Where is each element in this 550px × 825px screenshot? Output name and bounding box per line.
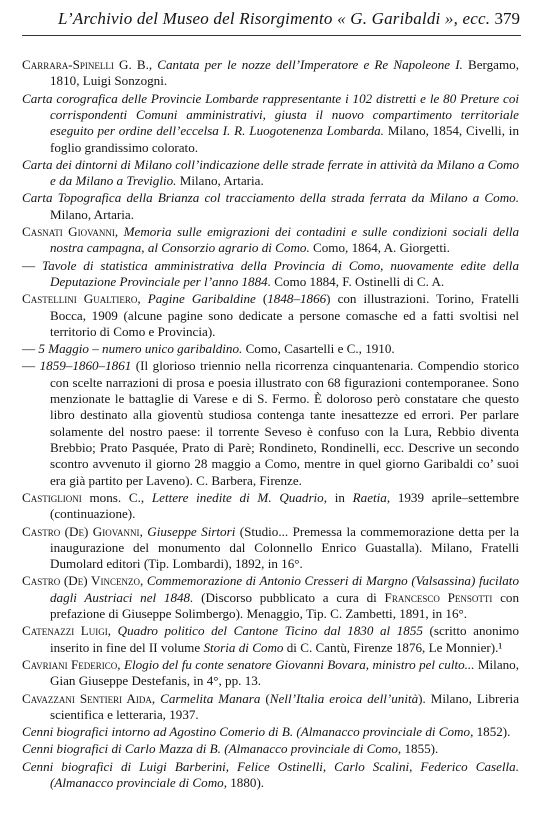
- author-name: Castellini Gualtiero: [22, 291, 137, 306]
- author-name: Cavriani Federico: [22, 657, 117, 672]
- bibliography-entry: Castro (De) Vincenzo, Commemorazione di …: [22, 573, 519, 622]
- bibliography-entry: Cenni biografici intorno ad Agostino Com…: [22, 724, 519, 740]
- bibliography-entry: Castellini Gualtiero, Pagine Garibaldine…: [22, 291, 519, 340]
- entry-text: 1880).: [227, 775, 264, 790]
- work-title: Cantata per le nozze dell’Imperatore e R…: [157, 57, 463, 72]
- work-title: Pagine Garibaldine: [148, 291, 256, 306]
- entry-text: 1852).: [473, 724, 510, 739]
- bibliography-entry: Carta dei dintorni di Milano coll’indica…: [22, 157, 519, 190]
- bibliography-entry: — Tavole di statistica amministrativa de…: [22, 258, 519, 291]
- author-name: Francesco Pensotti: [385, 590, 493, 605]
- entry-text: —: [22, 341, 38, 356]
- entry-text: ,: [140, 573, 147, 588]
- bibliography-entry: — 5 Maggio – numero unico garibaldino. C…: [22, 341, 519, 357]
- entry-text: , in: [324, 490, 353, 505]
- entry-text: 1855).: [401, 741, 438, 756]
- work-title: Storia di Como: [203, 640, 283, 655]
- entry-text: (: [256, 291, 267, 306]
- bibliography-entry: Castro (De) Giovanni, Giuseppe Sirtori (…: [22, 524, 519, 573]
- bibliography-entry: Cenni biografici di Luigi Barberini, Fel…: [22, 759, 519, 792]
- entry-text: Como 1884, F. Ostinelli di C. A.: [271, 274, 444, 289]
- bibliography-entry: Cavriani Federico, Elogio del fu conte s…: [22, 657, 519, 690]
- bibliography-entry: Castiglioni mons. C., Lettere inedite di…: [22, 490, 519, 523]
- bibliography-entry: — 1859–1860–1861 (Il glorioso triennio n…: [22, 358, 519, 489]
- bibliography-entry: Cenni biografici di Carlo Mazza di B. (A…: [22, 741, 519, 757]
- entry-text: Como, 1864, A. Giorgetti.: [310, 240, 450, 255]
- work-title: Nell’Italia eroica dell’unità: [270, 691, 418, 706]
- entry-text: Milano, Artaria.: [176, 173, 263, 188]
- document-page: L’Archivio del Museo del Risorgimento « …: [0, 0, 550, 825]
- work-title: 1848–1866: [267, 291, 326, 306]
- work-title: Quadro politico del Cantone Ticino dal 1…: [118, 623, 423, 638]
- work-title: Carmelita Manara: [160, 691, 260, 706]
- author-name: Cavazzani Sentieri Aida: [22, 691, 152, 706]
- entry-text: (: [260, 691, 269, 706]
- work-title: Raetia: [353, 490, 387, 505]
- entry-text: —: [22, 358, 40, 373]
- author-name: Castiglioni: [22, 490, 82, 505]
- author-name: Castro (De) Giovanni: [22, 524, 140, 539]
- entry-text: ,: [108, 623, 118, 638]
- entry-text: Milano, Artaria.: [50, 207, 134, 222]
- author-name: Catenazzi Luigi: [22, 623, 108, 638]
- work-title: 1859–1860–1861: [40, 358, 132, 373]
- work-title: Carta dei dintorni di Milano coll’indica…: [22, 157, 519, 188]
- bibliography-entry: Carta Topografica della Brianza col trac…: [22, 190, 519, 223]
- entry-text: ,: [115, 224, 124, 239]
- bibliography-list: Carrara-Spinelli G. B., Cantata per le n…: [22, 57, 519, 792]
- work-title: Elogio del fu conte senatore Giovanni Bo…: [124, 657, 475, 672]
- author-name: Carrara-Spinelli G. B.: [22, 57, 149, 72]
- bibliography-entry: Carrara-Spinelli G. B., Cantata per le n…: [22, 57, 519, 90]
- bibliography-entry: Carta corografica delle Provincie Lombar…: [22, 91, 519, 156]
- bibliography-entry: Catenazzi Luigi, Quadro politico del Can…: [22, 623, 519, 656]
- entry-text: ,: [149, 57, 157, 72]
- entry-text: ,: [137, 291, 147, 306]
- page-number: 379: [495, 9, 521, 29]
- author-name: Casnati Giovanni: [22, 224, 115, 239]
- author-name: Castro (De) Vincenzo: [22, 573, 140, 588]
- work-title: Lettere inedite di M. Quadrio: [152, 490, 324, 505]
- header-rule: [22, 35, 521, 36]
- entry-text: ,: [117, 657, 124, 672]
- running-head: L’Archivio del Museo del Risorgimento « …: [22, 9, 520, 31]
- work-title: Cenni biografici di Luigi Barberini, Fel…: [22, 759, 519, 790]
- work-title: Carta Topografica della Brianza col trac…: [22, 190, 519, 205]
- bibliography-entry: Cavazzani Sentieri Aida, Carmelita Manar…: [22, 691, 519, 724]
- entry-text: di C. Cantù, Firenze 1876, Le Monnier).¹: [283, 640, 502, 655]
- entry-text: ,: [152, 691, 160, 706]
- entry-text: (Discorso pubblicato a cura di: [193, 590, 384, 605]
- entry-text: —: [22, 258, 42, 273]
- work-title: Cenni biografici intorno ad Agostino Com…: [22, 724, 473, 739]
- entry-text: Como, Casartelli e C., 1910.: [242, 341, 394, 356]
- work-title: 5 Maggio – numero unico garibaldino.: [38, 341, 242, 356]
- running-title: L’Archivio del Museo del Risorgimento « …: [58, 9, 490, 29]
- entry-text: (Il glorioso triennio nella ricorrenza c…: [50, 358, 519, 487]
- work-title: Cenni biografici di Carlo Mazza di B. (A…: [22, 741, 401, 756]
- entry-text: mons. C.,: [82, 490, 152, 505]
- work-title: Giuseppe Sirtori: [147, 524, 235, 539]
- bibliography-entry: Casnati Giovanni, Memoria sulle emigrazi…: [22, 224, 519, 257]
